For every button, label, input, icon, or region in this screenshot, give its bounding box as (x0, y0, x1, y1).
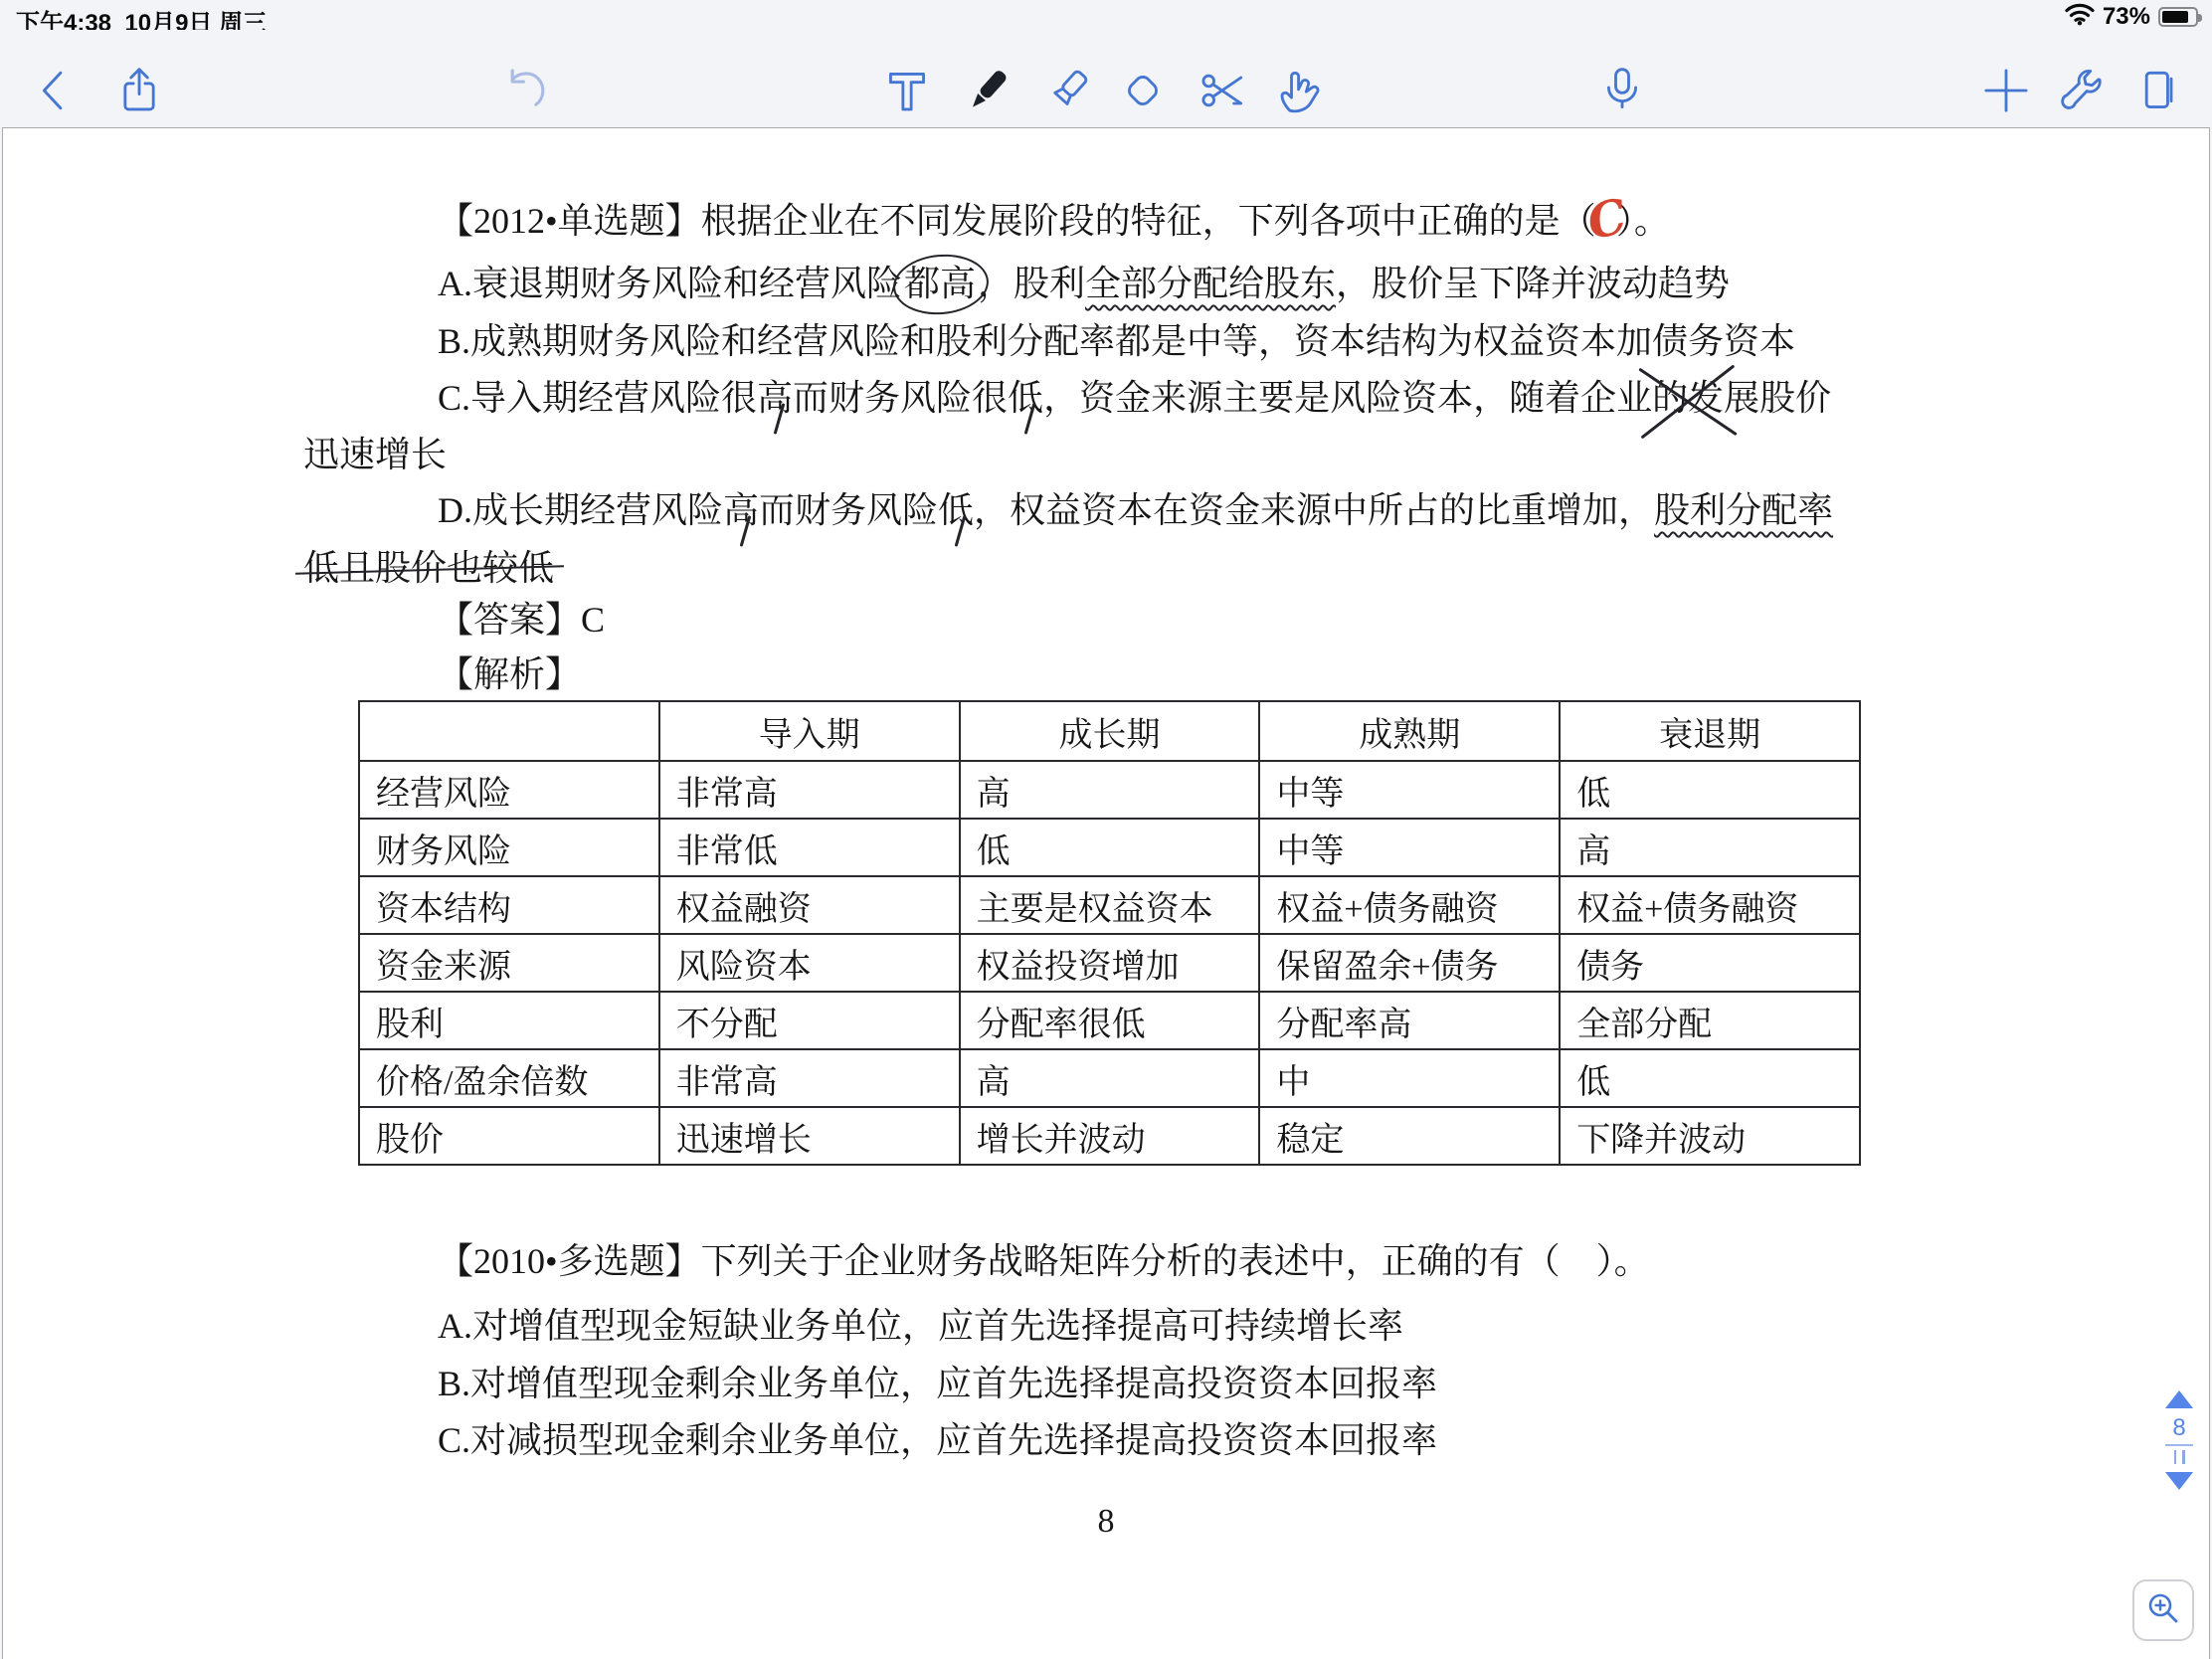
doc-line: 迅速增长 (303, 433, 447, 476)
scissors-tool[interactable] (1197, 64, 1250, 117)
eraser-tool[interactable] (1116, 64, 1170, 117)
doc-text-segment: D.成长期经营风险 (438, 490, 723, 530)
hand-tool[interactable] (1271, 64, 1325, 117)
table-cell: 非常高 (659, 761, 960, 819)
table-cell: 权益+债务融资 (1560, 876, 1860, 934)
pen-tool[interactable] (961, 64, 1014, 117)
table-cell: 债务 (1560, 934, 1860, 992)
doc-line: D.成长期经营风险高而财务风险低，权益资本在资金来源中所占的比重增加，股利分配率 (438, 488, 1833, 532)
ink-annotation-slash: 高 (757, 376, 793, 420)
ink-annotation-wavy: 全部分配给股东 (1085, 264, 1336, 303)
doc-line: 低且股价也较低 (303, 546, 554, 590)
doc-line: 【2010•多选题】下列关于企业财务战略矩阵分析的表述中，正确的有（ ）。 (438, 1239, 1650, 1283)
page-scrubber: 8 (2156, 1390, 2202, 1490)
wifi-icon (2065, 2, 2095, 31)
ink-annotation-xmark: 的发 (1652, 376, 1724, 420)
table-cell: 资金来源 (359, 934, 659, 992)
table-cell: 资本结构 (359, 876, 659, 934)
page-number: 8 (3, 1503, 2209, 1541)
table-cell: 分配率高 (1259, 992, 1560, 1049)
table-cell: 稳定 (1259, 1107, 1560, 1165)
highlighter-tool[interactable] (1041, 64, 1095, 117)
analysis-table: 导入期成长期成熟期衰退期 经营风险非常高高中等低财务风险非常低低中等高资本结构权… (358, 700, 1861, 1166)
scrubber-page-number: 8 (2165, 1414, 2193, 1446)
ink-annotation-wavy: 股利分配率 (1654, 490, 1833, 530)
table-cell: 高 (1560, 819, 1860, 876)
doc-text-segment: B.成熟期财务风险和经营风险和股利分配率都是中等，资本结构为权益资本加债务资本 (438, 321, 1795, 361)
doc-text-segment: ，资金来源主要是风险资本，随着企业 (1043, 378, 1652, 418)
doc-line: 【2012•单选题】根据企业在不同发展阶段的特征，下列各项中正确的是（C）。 (438, 195, 1670, 243)
doc-text-segment: A.对增值型现金短缺业务单位，应首先选择提高可持续增长率 (438, 1306, 1403, 1346)
table-cell: 全部分配 (1560, 992, 1860, 1049)
doc-text-segment: 展股价 (1724, 378, 1831, 418)
table-header-cell (359, 701, 659, 761)
table-cell: 低 (1560, 1049, 1860, 1107)
table-cell: 风险资本 (659, 934, 960, 992)
table-cell: 财务风险 (359, 819, 659, 876)
doc-text-segment: B.对增值型现金剩余业务单位，应首先选择提高投资资本回报率 (438, 1364, 1437, 1403)
doc-text-segment: C.导入期经营风险很 (438, 378, 757, 418)
share-icon[interactable] (112, 64, 166, 117)
magnifier-plus-icon (2143, 1588, 2183, 1633)
table-header-cell: 导入期 (659, 701, 960, 761)
doc-text-segment: A.衰退期财务风险和经营风险 (438, 264, 902, 303)
table-cell: 下降并波动 (1560, 1107, 1860, 1165)
doc-text-segment: ，权益资本在资金来源中所占的比重增加， (974, 490, 1654, 530)
doc-text-segment: 【2012•单选题】根据企业在不同发展阶段的特征，下列各项中正确的是（ (438, 201, 1596, 241)
scroll-up-arrow-icon[interactable] (2165, 1390, 2193, 1408)
scroll-down-arrow-icon[interactable] (2165, 1472, 2193, 1490)
doc-text-segment: C.对减损型现金剩余业务单位，应首先选择提高投资资本回报率 (438, 1420, 1437, 1460)
table-cell: 不分配 (659, 992, 960, 1049)
table-cell: 分配率很低 (960, 992, 1260, 1049)
table-cell: 权益+债务融资 (1259, 876, 1560, 934)
table-cell: 价格/盈余倍数 (359, 1049, 659, 1107)
pages-icon[interactable] (2131, 64, 2185, 117)
doc-line: C.对减损型现金剩余业务单位，应首先选择提高投资资本回报率 (438, 1418, 1437, 1462)
add-page-button[interactable] (1979, 64, 2033, 117)
table-cell: 股利 (359, 992, 659, 1049)
ink-annotation-slash: 低 (1008, 376, 1043, 420)
table-cell: 迅速增长 (659, 1107, 960, 1165)
table-row: 资本结构权益融资主要是权益资本权益+债务融资权益+债务融资 (359, 876, 1860, 934)
table-cell: 经营风险 (359, 761, 659, 819)
table-cell: 权益融资 (659, 876, 960, 934)
table-row: 股价迅速增长增长并波动稳定下降并波动 (359, 1107, 1860, 1165)
doc-text-segment: 【解析】 (438, 654, 581, 694)
table-cell: 低 (960, 819, 1260, 876)
back-button[interactable] (28, 64, 82, 117)
doc-line: 【答案】C (438, 598, 605, 642)
microphone-icon[interactable] (1595, 64, 1649, 117)
doc-text-segment: ，股利 (978, 264, 1085, 303)
scrubber-ticks (2156, 1450, 2202, 1464)
status-bar: 下午4:38 10月9日 周三 73% (0, 0, 2212, 30)
ink-annotation-slash: 高 (723, 488, 759, 532)
table-cell: 中 (1259, 1049, 1560, 1107)
table-header-cell: 成长期 (960, 701, 1260, 761)
table-cell: 保留盈余+债务 (1259, 934, 1560, 992)
table-row: 股利不分配分配率很低分配率高全部分配 (359, 992, 1860, 1049)
table-header-cell: 成熟期 (1259, 701, 1560, 761)
table-cell: 非常高 (659, 1049, 960, 1107)
doc-text-segment: 【2010•多选题】下列关于企业财务战略矩阵分析的表述中，正确的有（ ）。 (438, 1241, 1650, 1281)
toolbar (0, 30, 2212, 127)
table-cell: 非常低 (659, 819, 960, 876)
undo-icon[interactable] (497, 64, 551, 117)
table-header-cell: 衰退期 (1560, 701, 1860, 761)
document-page[interactable]: 【2012•单选题】根据企业在不同发展阶段的特征，下列各项中正确的是（C）。A.… (2, 127, 2210, 1659)
doc-line: B.对增值型现金剩余业务单位，应首先选择提高投资资本回报率 (438, 1362, 1437, 1405)
battery-icon (2158, 7, 2198, 27)
table-row: 价格/盈余倍数非常高高中低 (359, 1049, 1860, 1107)
doc-text-segment: 而财务风险很 (793, 378, 1008, 418)
table-cell: 低 (1560, 761, 1860, 819)
doc-text-segment: 而财务风险 (759, 490, 938, 530)
zoom-button[interactable] (2132, 1579, 2194, 1641)
table-cell: 高 (960, 1049, 1260, 1107)
doc-text-segment: 迅速增长 (303, 435, 447, 474)
ink-annotation-slash: 低 (938, 488, 974, 532)
doc-line: B.成熟期财务风险和经营风险和股利分配率都是中等，资本结构为权益资本加债务资本 (438, 319, 1795, 363)
table-row: 经营风险非常高高中等低 (359, 761, 1860, 819)
table-cell: 高 (960, 761, 1260, 819)
table-cell: 权益投资增加 (960, 934, 1260, 992)
doc-line: A.对增值型现金短缺业务单位，应首先选择提高可持续增长率 (438, 1304, 1403, 1348)
table-row: 财务风险非常低低中等高 (359, 819, 1860, 876)
doc-line: 【解析】 (438, 652, 581, 696)
battery-percentage: 73% (2103, 3, 2150, 31)
table-cell: 中等 (1259, 819, 1560, 876)
doc-line: C.导入期经营风险很高而财务风险很低，资金来源主要是风险资本，随着企业的发展股价 (438, 376, 1831, 420)
table-cell: 中等 (1259, 761, 1560, 819)
ink-annotation-handwritten-red: C (1583, 194, 1630, 245)
ink-annotation-strike: 低且股价也较低 (303, 546, 554, 590)
doc-text-segment: 【答案】C (438, 600, 605, 640)
table-row: 资金来源风险资本权益投资增加保留盈余+债务债务 (359, 934, 1860, 992)
doc-line: A.衰退期财务风险和经营风险都高，股利全部分配给股东，股价呈下降并波动趋势 (438, 262, 1730, 305)
doc-text-segment: ，股价呈下降并波动趋势 (1336, 264, 1730, 303)
text-tool[interactable] (880, 64, 934, 117)
table-cell: 股价 (359, 1107, 659, 1165)
table-cell: 增长并波动 (960, 1107, 1260, 1165)
table-cell: 主要是权益资本 (960, 876, 1260, 934)
settings-wrench-icon[interactable] (2056, 64, 2110, 117)
ink-annotation-circled: 都高 (899, 262, 981, 305)
